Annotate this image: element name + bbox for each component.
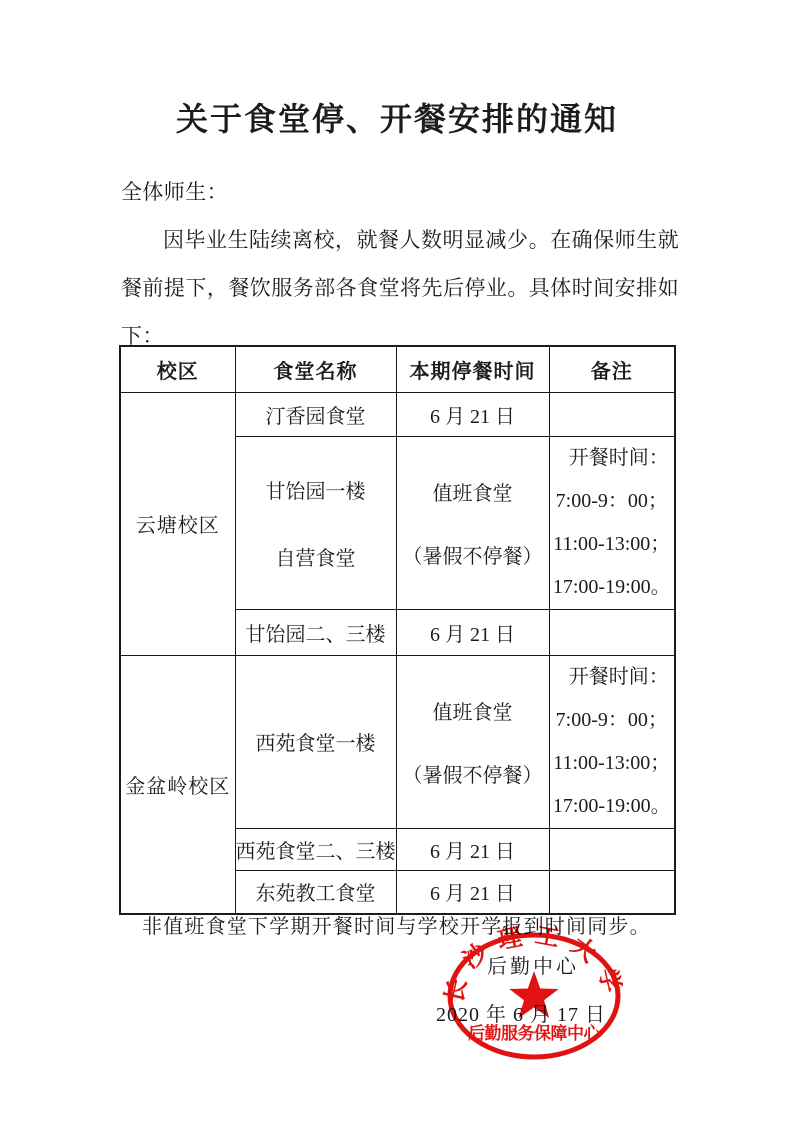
header-canteen: 食堂名称 (235, 346, 396, 392)
canteen-line2: 自营食堂 (276, 542, 356, 571)
remark-open-times: 开餐时间： 7:00-9：00； 11:00-13:00； 17:00-19:0… (549, 655, 675, 828)
open-times-title: 开餐时间： (550, 437, 675, 480)
open-times-line: 11:00-13:00； (550, 523, 675, 566)
canteen-name: 甘饴园二、三楼 (235, 609, 396, 655)
campus-yuntang: 云塘校区 (120, 392, 235, 655)
duty-canteen-label: 值班食堂 (433, 477, 513, 506)
remark-cell-empty (549, 609, 675, 655)
duty-canteen-label: 值班食堂 (433, 696, 513, 725)
remark-cell-empty (549, 828, 675, 870)
open-times-title: 开餐时间： (550, 656, 675, 699)
canteen-name: 西苑食堂二、三楼 (235, 828, 396, 870)
page-title: 关于食堂停、开餐安排的通知 (0, 94, 794, 140)
header-remark: 备注 (549, 346, 675, 392)
notice-document: 关于食堂停、开餐安排的通知 全体师生： 因毕业生陆续离校，就餐人数明显减少。在确… (0, 0, 794, 1123)
open-times-line: 7:00-9：00； (550, 480, 675, 523)
stop-time: 6 月 21 日 (396, 392, 549, 436)
remark-cell-empty (549, 392, 675, 436)
no-stop-label: （暑假不停餐） (403, 759, 543, 788)
stop-time: 值班食堂 （暑假不停餐） (396, 436, 549, 609)
open-times-line: 17:00-19:00。 (550, 785, 675, 828)
canteen-name: 西苑食堂一楼 (235, 655, 396, 828)
table-header-row: 校区 食堂名称 本期停餐时间 备注 (120, 346, 675, 392)
seal-bottom-text: 后勤服务保障中心 (468, 1023, 601, 1043)
salutation: 全体师生： (121, 168, 679, 216)
table-row: 金盆岭校区 西苑食堂一楼 值班食堂 （暑假不停餐） 开餐时间： 7:00-9：0… (120, 655, 675, 828)
official-seal: 长沙理工大学 后勤服务保障中心 (428, 915, 640, 1077)
header-campus: 校区 (120, 346, 235, 392)
intro-paragraph: 因毕业生陆续离校，就餐人数明显减少。在确保师生就餐前提下，餐饮服务部各食堂将先后… (121, 216, 679, 360)
stop-time: 值班食堂 （暑假不停餐） (396, 655, 549, 828)
open-times-line: 17:00-19:00。 (550, 566, 675, 609)
header-stop-time: 本期停餐时间 (396, 346, 549, 392)
open-times-line: 11:00-13:00； (550, 742, 675, 785)
stop-time: 6 月 21 日 (396, 828, 549, 870)
campus-jinpenling: 金盆岭校区 (120, 655, 235, 914)
canteen-name: 汀香园食堂 (235, 392, 396, 436)
canteen-line1: 甘饴园一楼 (266, 475, 366, 504)
stop-time: 6 月 21 日 (396, 609, 549, 655)
canteen-name: 东苑教工食堂 (235, 870, 396, 914)
stop-time: 6 月 21 日 (396, 870, 549, 914)
no-stop-label: （暑假不停餐） (403, 540, 543, 569)
notice-body: 全体师生： 因毕业生陆续离校，就餐人数明显减少。在确保师生就餐前提下，餐饮服务部… (121, 168, 679, 360)
canteen-name: 甘饴园一楼 自营食堂 (235, 436, 396, 609)
open-times-line: 7:00-9：00； (550, 699, 675, 742)
table-row: 云塘校区 汀香园食堂 6 月 21 日 (120, 392, 675, 436)
remark-open-times: 开餐时间： 7:00-9：00； 11:00-13:00； 17:00-19:0… (549, 436, 675, 609)
seal-star-icon (509, 971, 558, 1018)
remark-cell-empty (549, 870, 675, 914)
canteen-schedule-table: 校区 食堂名称 本期停餐时间 备注 云塘校区 汀香园食堂 6 月 21 日 甘饴… (119, 345, 676, 915)
